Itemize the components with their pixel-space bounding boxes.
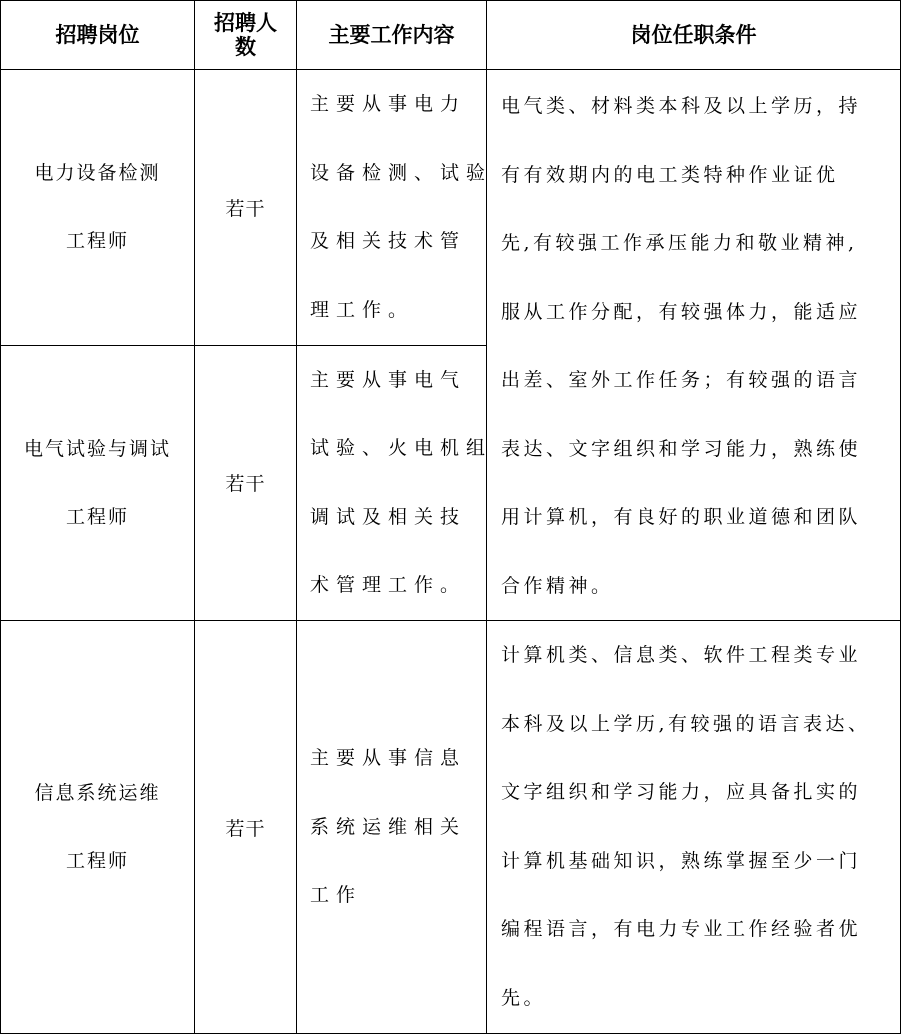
requirement-line: 先,有较强工作承压能力和敬业精神,	[501, 209, 890, 278]
table-row: 电力设备检测 工程师 若干 主要从事电力 设备检测、试验 及相关技术管 理工作。…	[1, 70, 901, 346]
requirement-line: 计算机基础知识，熟练掌握至少一门	[501, 827, 890, 896]
duty-line: 主要从事电气	[310, 346, 476, 415]
header-duties: 主要工作内容	[297, 1, 487, 70]
recruitment-table: 招聘岗位 招聘人 数 主要工作内容 岗位任职条件 电力设备检测 工程师 若干 主…	[0, 0, 901, 1034]
position-line: 电气试验与调试	[1, 415, 194, 483]
header-requirements: 岗位任职条件	[487, 1, 901, 70]
requirement-line: 合作精神。	[501, 552, 890, 621]
requirement-line: 用计算机，有良好的职业道德和团队	[501, 483, 890, 552]
duty-line: 术管理工作。	[310, 551, 476, 620]
requirement-line: 计算机类、信息类、软件工程类专业	[501, 621, 890, 690]
header-position: 招聘岗位	[1, 1, 195, 70]
duty-line: 工作	[310, 861, 476, 930]
duty-line: 设备检测、试验	[310, 139, 476, 208]
duty-line: 调试及相关技	[310, 483, 476, 552]
requirement-line: 编程语言，有电力专业工作经验者优	[501, 895, 890, 964]
duties-cell: 主要从事信息 系统运维相关 工作	[297, 621, 487, 1034]
duty-line: 主要从事电力	[310, 70, 476, 139]
count-cell: 若干	[195, 621, 297, 1034]
duty-line: 系统运维相关	[310, 793, 476, 862]
requirement-line: 服从工作分配，有较强体力，能适应	[501, 278, 890, 347]
duty-line: 主要从事信息	[310, 724, 476, 793]
header-row: 招聘岗位 招聘人 数 主要工作内容 岗位任职条件	[1, 1, 901, 70]
requirement-line: 电气类、材料类本科及以上学历，持	[501, 72, 890, 141]
requirement-line: 本科及以上学历,有较强的语言表达、	[501, 690, 890, 759]
count-cell: 若干	[195, 345, 297, 621]
header-count-line1: 招聘人	[195, 11, 296, 35]
duties-cell: 主要从事电气 试验、火电机组 调试及相关技 术管理工作。	[297, 345, 487, 621]
requirement-line: 先。	[501, 964, 890, 1033]
duty-line: 及相关技术管	[310, 207, 476, 276]
position-line: 工程师	[1, 483, 194, 551]
position-cell: 电力设备检测 工程师	[1, 70, 195, 346]
requirements-cell: 计算机类、信息类、软件工程类专业 本科及以上学历,有较强的语言表达、 文字组织和…	[487, 621, 901, 1034]
duties-cell: 主要从事电力 设备检测、试验 及相关技术管 理工作。	[297, 70, 487, 346]
position-line: 工程师	[1, 827, 194, 895]
requirement-line: 有有效期内的电工类特种作业证优	[501, 141, 890, 210]
header-count-line2: 数	[195, 35, 296, 59]
requirement-line: 出差、室外工作任务；有较强的语言	[501, 346, 890, 415]
duty-line: 理工作。	[310, 276, 476, 345]
header-count: 招聘人 数	[195, 1, 297, 70]
requirement-line: 表达、文字组织和学习能力，熟练使	[501, 415, 890, 484]
count-cell: 若干	[195, 70, 297, 346]
position-cell: 信息系统运维 工程师	[1, 621, 195, 1034]
position-line: 信息系统运维	[1, 759, 194, 827]
position-cell: 电气试验与调试 工程师	[1, 345, 195, 621]
position-line: 工程师	[1, 207, 194, 275]
requirement-line: 文字组织和学习能力，应具备扎实的	[501, 758, 890, 827]
position-line: 电力设备检测	[1, 139, 194, 207]
table-row: 信息系统运维 工程师 若干 主要从事信息 系统运维相关 工作 计算机类、信息类、…	[1, 621, 901, 1034]
duty-line: 试验、火电机组	[310, 414, 476, 483]
requirements-cell: 电气类、材料类本科及以上学历，持 有有效期内的电工类特种作业证优 先,有较强工作…	[487, 70, 901, 621]
